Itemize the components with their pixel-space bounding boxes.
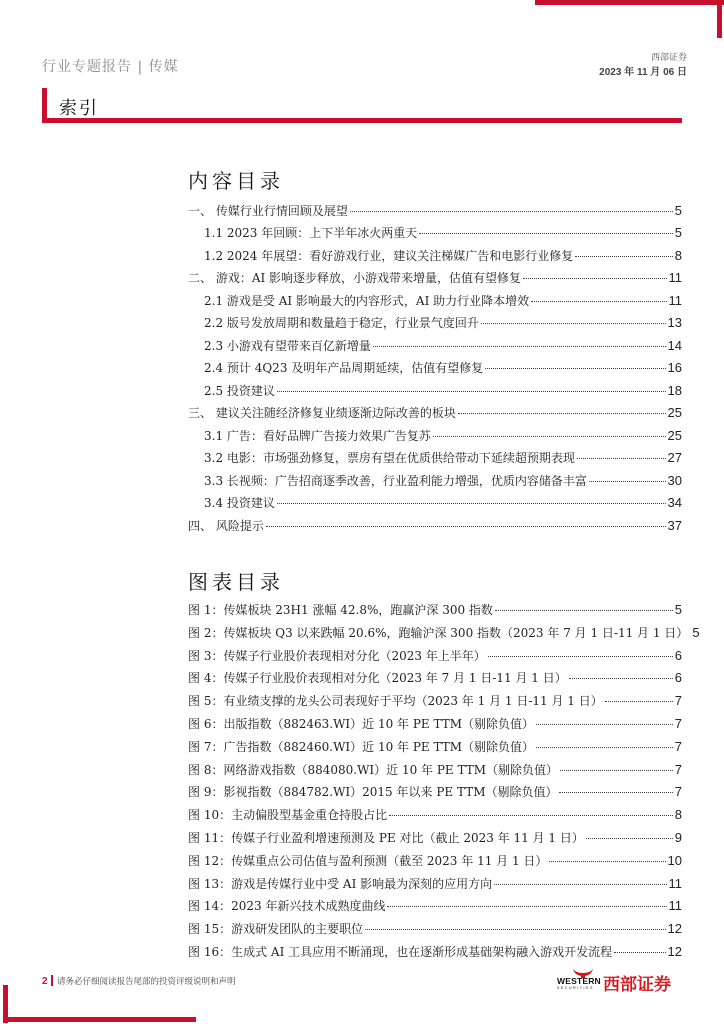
figure-entry[interactable]: 图 8：网络游戏指数（884080.WI）近 10 年 PE TTM（剔除负值）… — [188, 761, 682, 779]
figure-entry-page: 9 — [675, 830, 682, 845]
figure-entry-page: 7 — [675, 716, 682, 731]
toc-entry-label: 1.2 2024 年展望：看好游戏行业，建议关注梯媒广告和电影行业修复 — [204, 247, 573, 264]
toc-entry[interactable]: 2.1 游戏是受 AI 影响最大的内容形式，AI 助力行业降本增效11 — [204, 292, 682, 310]
dot-leader — [523, 277, 666, 279]
figure-entry-label: 图 10：主动偏股型基金重仓持股占比 — [188, 806, 387, 823]
figure-entry-label: 图 4：传媒子行业股价表现相对分化（2023 年 7 月 1 日-11 月 1 … — [188, 669, 567, 686]
figure-entry-label: 图 12：传媒重点公司估值与盈利预测（截至 2023 年 11 月 1 日） — [188, 852, 547, 869]
logo-english-subtext: SECURITIES — [557, 986, 594, 990]
figure-entry-label: 图 9：影视指数（884782.WI）2015 年以来 PE TTM（剔除负值） — [188, 783, 557, 800]
figure-entry-label: 图 1：传媒板块 23H1 涨幅 42.8%，跑赢沪深 300 指数 — [188, 601, 493, 618]
figure-entry[interactable]: 图 1：传媒板块 23H1 涨幅 42.8%，跑赢沪深 300 指数5 — [188, 601, 682, 619]
figure-entry-label: 图 16：生成式 AI 工具应用不断涌现，也在逐渐形成基础架构融入游戏开发流程 — [188, 943, 612, 960]
dot-leader — [575, 255, 673, 257]
toc-entry[interactable]: 3.4 投资建议34 — [204, 494, 682, 512]
figure-entry[interactable]: 图 4：传媒子行业股价表现相对分化（2023 年 7 月 1 日-11 月 1 … — [188, 669, 682, 687]
figure-entry-label: 图 8：网络游戏指数（884080.WI）近 10 年 PE TTM（剔除负值） — [188, 761, 558, 778]
toc-entry-label: 2.1 游戏是受 AI 影响最大的内容形式，AI 助力行业降本增效 — [204, 292, 529, 309]
toc-entry-page: 11 — [669, 293, 683, 308]
toc-entry[interactable]: 3.2 电影：市场强劲修复，票房有望在优质供给带动下延续超预期表现27 — [204, 449, 682, 467]
toc-entry[interactable]: 一、 传媒行业行情回顾及展望5 — [188, 202, 682, 220]
figure-entry[interactable]: 图 11：传媒子行业盈利增速预测及 PE 对比（截止 2023 年 11 月 1… — [188, 829, 682, 847]
dot-leader — [605, 700, 673, 702]
toc-entry-label: 1.1 2023 年回顾：上下半年冰火两重天 — [204, 224, 417, 241]
corner-bracket-top-right-vertical — [717, 0, 722, 38]
toc-entry[interactable]: 三、 建议关注随经济修复业绩逐渐边际改善的板块25 — [188, 404, 682, 422]
toc-entry[interactable]: 四、 风险提示37 — [188, 517, 682, 535]
figure-entry-page: 5 — [675, 602, 682, 617]
figure-entry-page: 11 — [669, 898, 683, 913]
figure-entry-label: 图 2：传媒板块 Q3 以来跌幅 20.6%，跑输沪深 300 指数（2023 … — [188, 624, 688, 641]
figure-entry-label: 图 11：传媒子行业盈利增速预测及 PE 对比（截止 2023 年 11 月 1… — [188, 829, 584, 846]
corner-bracket-top-right-horizontal — [535, 0, 724, 5]
figures-heading: 图表目录 — [188, 566, 284, 595]
dot-leader — [433, 435, 666, 437]
figure-entry[interactable]: 图 16：生成式 AI 工具应用不断涌现，也在逐渐形成基础架构融入游戏开发流程1… — [188, 943, 682, 961]
toc-entry-page: 18 — [668, 383, 682, 398]
toc-entry[interactable]: 1.2 2024 年展望：看好游戏行业，建议关注梯媒广告和电影行业修复8 — [204, 247, 682, 265]
dot-leader — [495, 609, 673, 611]
toc-entry-page: 27 — [668, 450, 682, 465]
toc-entry-label: 3.1 广告：看好品牌广告接力效果广告复苏 — [204, 427, 431, 444]
toc-entry[interactable]: 3.3 长视频：广告招商逐季改善，行业盈利能力增强，优质内容储备丰富30 — [204, 472, 682, 490]
toc-entry-label: 二、 游戏：AI 影响逐步释放，小游戏带来增量，估值有望修复 — [188, 269, 521, 286]
dot-leader — [549, 860, 665, 862]
dot-leader — [536, 746, 673, 748]
figure-entry-page: 12 — [668, 944, 682, 959]
toc-entry-label: 一、 传媒行业行情回顾及展望 — [188, 202, 348, 219]
figure-entry-page: 7 — [675, 762, 682, 777]
dot-leader — [266, 525, 666, 527]
dot-leader — [577, 457, 666, 459]
toc-entry-page: 25 — [668, 405, 682, 420]
figure-entry-label: 图 14：2023 年新兴技术成熟度曲线 — [188, 897, 385, 914]
page-number: 2 — [42, 976, 48, 987]
toc-entry-page: 14 — [668, 338, 682, 353]
company-name: 西部证券 — [651, 50, 687, 63]
figure-entry-page: 5 — [692, 625, 699, 640]
western-securities-logo: WESTERN SECURITIES 西部证券 — [557, 966, 687, 994]
toc-entry[interactable]: 3.1 广告：看好品牌广告接力效果广告复苏25 — [204, 427, 682, 445]
dot-leader — [419, 232, 673, 234]
figure-entry-label: 图 5：有业绩支撑的龙头公司表现好于平均（2023 年 1 月 1 日-11 月… — [188, 692, 603, 709]
toc-entry[interactable]: 2.4 预计 4Q23 及明年产品周期延续，估值有望修复16 — [204, 359, 682, 377]
figure-entry[interactable]: 图 15：游戏研发团队的主要职位12 — [188, 920, 682, 938]
logo-english-text: WESTERN — [557, 976, 601, 986]
figure-entry-page: 7 — [675, 693, 682, 708]
toc-entry-label: 四、 风险提示 — [188, 517, 264, 534]
figure-entry-page: 12 — [668, 921, 682, 936]
toc-entry-label: 2.3 小游戏有望带来百亿新增量 — [204, 337, 371, 354]
dot-leader — [494, 883, 666, 885]
figure-entry-label: 图 7：广告指数（882460.WI）近 10 年 PE TTM（剔除负值） — [188, 738, 534, 755]
toc-entry-page: 16 — [668, 360, 682, 375]
dot-leader — [481, 322, 666, 324]
dot-leader — [365, 928, 665, 930]
toc-entry-page: 25 — [668, 428, 682, 443]
dot-leader — [458, 412, 666, 414]
disclaimer-note: 请务必仔细阅读报告尾部的投资评级说明和声明 — [57, 975, 236, 987]
figure-entry-page: 11 — [669, 876, 683, 891]
figure-entry[interactable]: 图 5：有业绩支撑的龙头公司表现好于平均（2023 年 1 月 1 日-11 月… — [188, 692, 682, 710]
dot-leader — [569, 677, 673, 679]
toc-entry-page: 8 — [675, 248, 682, 263]
toc-entry-page: 5 — [675, 225, 682, 240]
toc-entry-page: 37 — [668, 518, 682, 533]
toc-entry-label: 3.2 电影：市场强劲修复，票房有望在优质供给带动下延续超预期表现 — [204, 449, 575, 466]
toc-entry[interactable]: 二、 游戏：AI 影响逐步释放，小游戏带来增量，估值有望修复11 — [188, 269, 682, 287]
toc-entry-page: 5 — [675, 203, 682, 218]
dot-leader — [350, 210, 673, 212]
dot-leader — [589, 480, 666, 482]
toc-entry-label: 2.5 投资建议 — [204, 382, 275, 399]
figure-entry[interactable]: 图 9：影视指数（884782.WI）2015 年以来 PE TTM（剔除负值）… — [188, 783, 682, 801]
figure-entry[interactable]: 图 10：主动偏股型基金重仓持股占比8 — [188, 806, 682, 824]
figure-entry[interactable]: 图 14：2023 年新兴技术成熟度曲线11 — [188, 897, 682, 915]
dot-leader — [531, 300, 666, 302]
dot-leader — [387, 905, 666, 907]
contents-heading: 内容目录 — [188, 165, 284, 194]
toc-entry-label: 3.3 长视频：广告招商逐季改善，行业盈利能力增强，优质内容储备丰富 — [204, 472, 587, 489]
report-type-label: 行业专题报告 | 传媒 — [42, 56, 179, 76]
footer-separator — [51, 975, 53, 986]
corner-bracket-bottom-left-horizontal — [3, 1017, 196, 1022]
dot-leader — [586, 837, 673, 839]
toc-entry-page: 34 — [668, 495, 682, 510]
toc-entry-label: 3.4 投资建议 — [204, 494, 275, 511]
figure-entry[interactable]: 图 6：出版指数（882463.WI）近 10 年 PE TTM（剔除负值）7 — [188, 715, 682, 733]
dot-leader — [389, 814, 673, 816]
figure-entry[interactable]: 图 12：传媒重点公司估值与盈利预测（截至 2023 年 11 月 1 日）10 — [188, 852, 682, 870]
page-title-box: 索引 — [42, 88, 682, 123]
dot-leader — [277, 390, 666, 392]
toc-entry-page: 11 — [669, 270, 683, 285]
dot-leader — [536, 723, 673, 725]
toc-entry[interactable]: 2.3 小游戏有望带来百亿新增量14 — [204, 337, 682, 355]
toc-entry-label: 三、 建议关注随经济修复业绩逐渐边际改善的板块 — [188, 404, 456, 421]
toc-entry-page: 30 — [668, 473, 682, 488]
toc-entry-label: 2.2 版号发放周期和数量趋于稳定，行业景气度回升 — [204, 314, 479, 331]
toc-entry-label: 2.4 预计 4Q23 及明年产品周期延续，估值有望修复 — [204, 359, 483, 376]
figure-entry-page: 6 — [675, 670, 682, 685]
figure-entry-label: 图 6：出版指数（882463.WI）近 10 年 PE TTM（剔除负值） — [188, 715, 534, 732]
dot-leader — [560, 769, 673, 771]
figure-entry[interactable]: 图 7：广告指数（882460.WI）近 10 年 PE TTM（剔除负值）7 — [188, 738, 682, 756]
figure-entry-page: 7 — [675, 739, 682, 754]
figure-entry[interactable]: 图 13：游戏是传媒行业中受 AI 影响最为深刻的应用方向11 — [188, 875, 682, 893]
figure-entry-label: 图 15：游戏研发团队的主要职位 — [188, 920, 363, 937]
figure-entry-page: 7 — [675, 784, 682, 799]
figure-entry-page: 8 — [675, 807, 682, 822]
figure-entry[interactable]: 图 2：传媒板块 Q3 以来跌幅 20.6%，跑输沪深 300 指数（2023 … — [188, 624, 682, 642]
toc-entry-page: 13 — [668, 315, 682, 330]
figure-entry[interactable]: 图 3：传媒子行业股价表现相对分化（2023 年上半年）6 — [188, 647, 682, 665]
toc-entry[interactable]: 2.5 投资建议18 — [204, 382, 682, 400]
figure-entry-page: 10 — [668, 853, 682, 868]
figure-entry-page: 6 — [675, 648, 682, 663]
dot-leader — [277, 502, 666, 504]
dot-leader — [488, 655, 673, 657]
figure-entry-label: 图 3：传媒子行业股价表现相对分化（2023 年上半年） — [188, 647, 486, 664]
dot-leader — [614, 951, 665, 953]
toc-entry[interactable]: 1.1 2023 年回顾：上下半年冰火两重天5 — [204, 224, 682, 242]
logo-chinese-text: 西部证券 — [603, 970, 671, 995]
toc-entry[interactable]: 2.2 版号发放周期和数量趋于稳定，行业景气度回升13 — [204, 314, 682, 332]
report-date: 2023 年 11 月 06 日 — [599, 63, 687, 78]
dot-leader — [559, 791, 672, 793]
dot-leader — [373, 345, 666, 347]
figure-entry-label: 图 13：游戏是传媒行业中受 AI 影响最为深刻的应用方向 — [188, 875, 492, 892]
dot-leader — [485, 367, 665, 369]
page-title: 索引 — [59, 94, 99, 120]
